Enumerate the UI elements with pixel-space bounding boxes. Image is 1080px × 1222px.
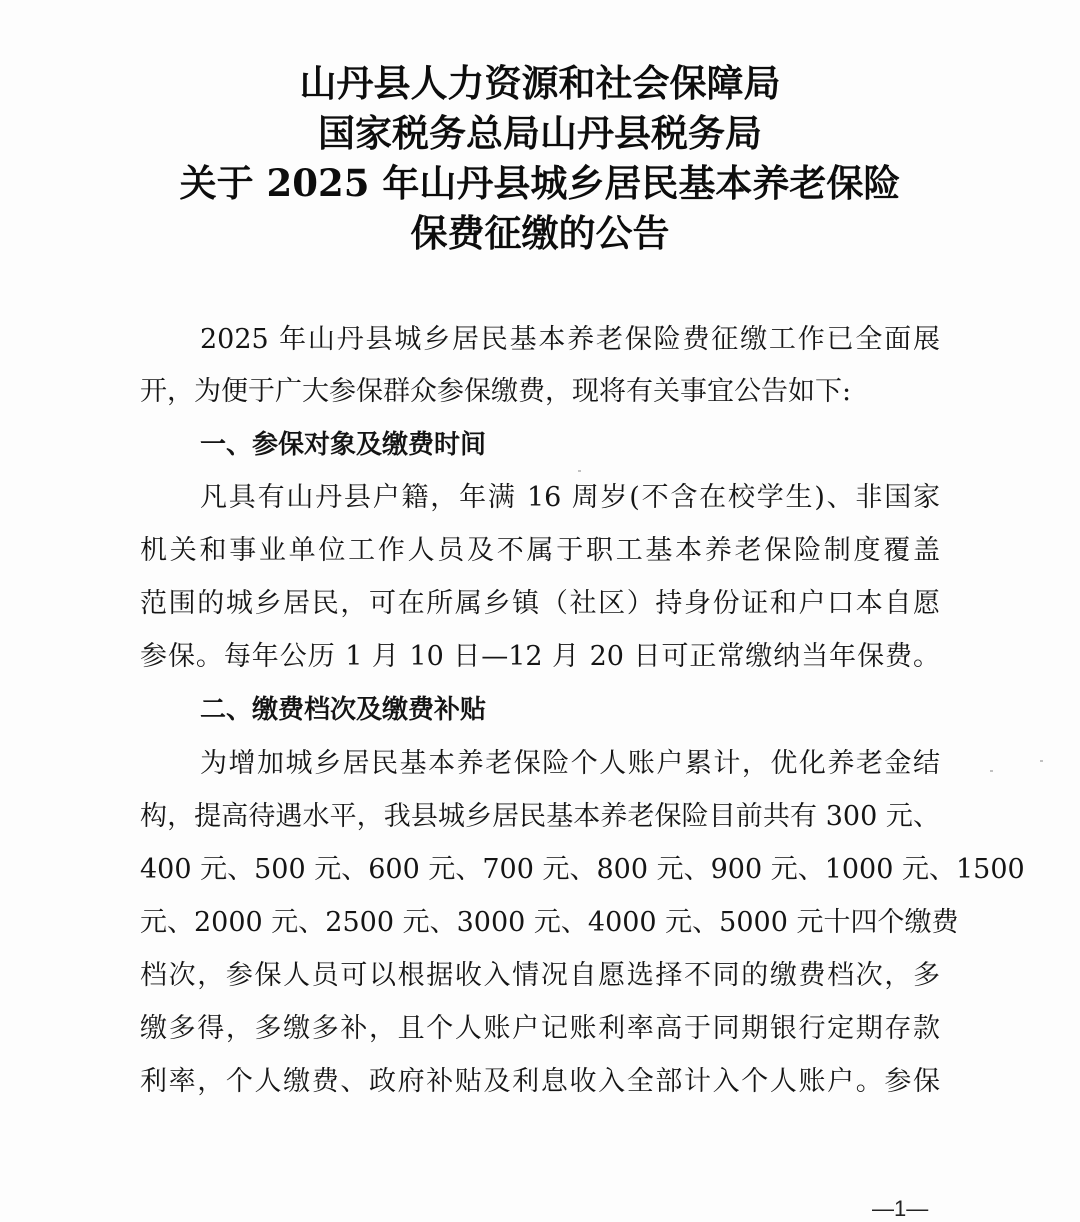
section-2-line-5: 档次，参保人员可以根据收入情况自愿选择不同的缴费档次，多: [140, 956, 940, 996]
scan-speck: [578, 470, 581, 472]
title-line-issuer-1: 山丹县人力资源和社会保障局: [0, 58, 1080, 108]
section-1-line-4: 参保。每年公历 1 月 10 日—12 月 20 日可正常缴纳当年保费。: [140, 637, 940, 677]
scan-speck: [1040, 760, 1043, 762]
section-2-line-2: 构，提高待遇水平，我县城乡居民基本养老保险目前共有 300 元、: [140, 797, 940, 837]
section-heading-2: 二、缴费档次及缴费补贴: [200, 690, 486, 730]
section-1-line-1: 凡具有山丹县户籍，年满 16 周岁(不含在校学生)、非国家: [200, 478, 940, 518]
intro-line-2: 开，为便于广大参保群众参保缴费，现将有关事宜公告如下:: [140, 372, 940, 412]
section-2-line-1: 为增加城乡居民基本养老保险个人账户累计，优化养老金结: [200, 744, 940, 784]
section-2-line-3: 400 元、500 元、600 元、700 元、800 元、900 元、1000…: [140, 850, 940, 890]
document-page: 山丹县人力资源和社会保障局 国家税务总局山丹县税务局 关于 2025 年山丹县城…: [0, 0, 1080, 1222]
title-line-issuer-2: 国家税务总局山丹县税务局: [0, 108, 1080, 158]
section-2-line-4: 元、2000 元、2500 元、3000 元、4000 元、5000 元十四个缴…: [140, 903, 940, 943]
section-2-line-7: 利率，个人缴费、政府补贴及利息收入全部计入个人账户。参保: [140, 1062, 940, 1102]
title-line-subject-1: 关于 2025 年山丹县城乡居民基本养老保险: [0, 158, 1080, 208]
scan-speck: [990, 770, 993, 772]
section-heading-1: 一、参保对象及缴费时间: [200, 425, 486, 465]
section-2-line-6: 缴多得，多缴多补，且个人账户记账利率高于同期银行定期存款: [140, 1009, 940, 1049]
page-number: —1—: [872, 1196, 928, 1222]
section-1-line-2: 机关和事业单位工作人员及不属于职工基本养老保险制度覆盖: [140, 531, 940, 571]
title-line-subject-2: 保费征缴的公告: [0, 208, 1080, 258]
intro-line-1: 2025 年山丹县城乡居民基本养老保险费征缴工作已全面展: [200, 320, 940, 360]
section-1-line-3: 范围的城乡居民，可在所属乡镇（社区）持身份证和户口本自愿: [140, 584, 940, 624]
